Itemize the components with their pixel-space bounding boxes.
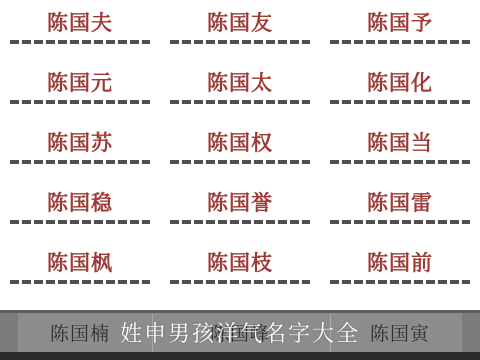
name-underline	[10, 280, 151, 284]
name-cell: 陈国权	[160, 120, 320, 180]
name-cell: 陈国予	[320, 0, 480, 60]
name-underline	[330, 220, 471, 224]
name-text: 陈国予	[367, 12, 433, 36]
name-cell: 陈国化	[320, 60, 480, 120]
page-title-caption: 姓申男孩洋气名字大全	[0, 313, 480, 352]
name-text: 陈国元	[47, 72, 113, 96]
name-underline	[10, 100, 151, 104]
name-cell: 陈国当	[320, 120, 480, 180]
name-text: 陈国夫	[47, 12, 113, 36]
name-underline	[10, 220, 151, 224]
name-underline	[170, 100, 311, 104]
name-cell: 陈国友	[160, 0, 320, 60]
name-text: 陈国当	[367, 132, 433, 156]
name-underline	[10, 40, 151, 44]
name-cell: 陈国苏	[0, 120, 160, 180]
name-underline	[330, 280, 471, 284]
name-text: 陈国稳	[47, 192, 113, 216]
name-text: 陈国誉	[207, 192, 273, 216]
name-text: 陈国枝	[207, 252, 273, 276]
name-text: 陈国枫	[47, 252, 113, 276]
name-text: 陈国苏	[47, 132, 113, 156]
name-underline	[170, 280, 311, 284]
name-cell: 陈国枫	[0, 240, 160, 300]
name-underline	[330, 40, 471, 44]
name-underline	[170, 40, 311, 44]
name-cell: 陈国雷	[320, 180, 480, 240]
name-text: 陈国友	[207, 12, 273, 36]
name-cell: 陈国元	[0, 60, 160, 120]
caption-overlay-strip: 陈国楠 陈国峰 陈国寅 姓申男孩洋气名字大全	[0, 310, 480, 352]
name-underline	[330, 100, 471, 104]
name-text: 陈国太	[207, 72, 273, 96]
name-cell: 陈国前	[320, 240, 480, 300]
bottom-dark-bar	[0, 352, 480, 360]
name-underline	[170, 160, 311, 164]
names-grid: 陈国夫 陈国友 陈国予 陈国元 陈国太 陈国化 陈国苏 陈国权 陈国当 陈国稳 …	[0, 0, 480, 300]
name-underline	[330, 160, 471, 164]
name-underline	[170, 220, 311, 224]
name-text: 陈国前	[367, 252, 433, 276]
name-cell: 陈国夫	[0, 0, 160, 60]
name-cell: 陈国誉	[160, 180, 320, 240]
name-cell: 陈国太	[160, 60, 320, 120]
name-text: 陈国化	[367, 72, 433, 96]
name-cell: 陈国稳	[0, 180, 160, 240]
name-cell: 陈国枝	[160, 240, 320, 300]
name-text: 陈国雷	[367, 192, 433, 216]
name-underline	[10, 160, 151, 164]
name-text: 陈国权	[207, 132, 273, 156]
